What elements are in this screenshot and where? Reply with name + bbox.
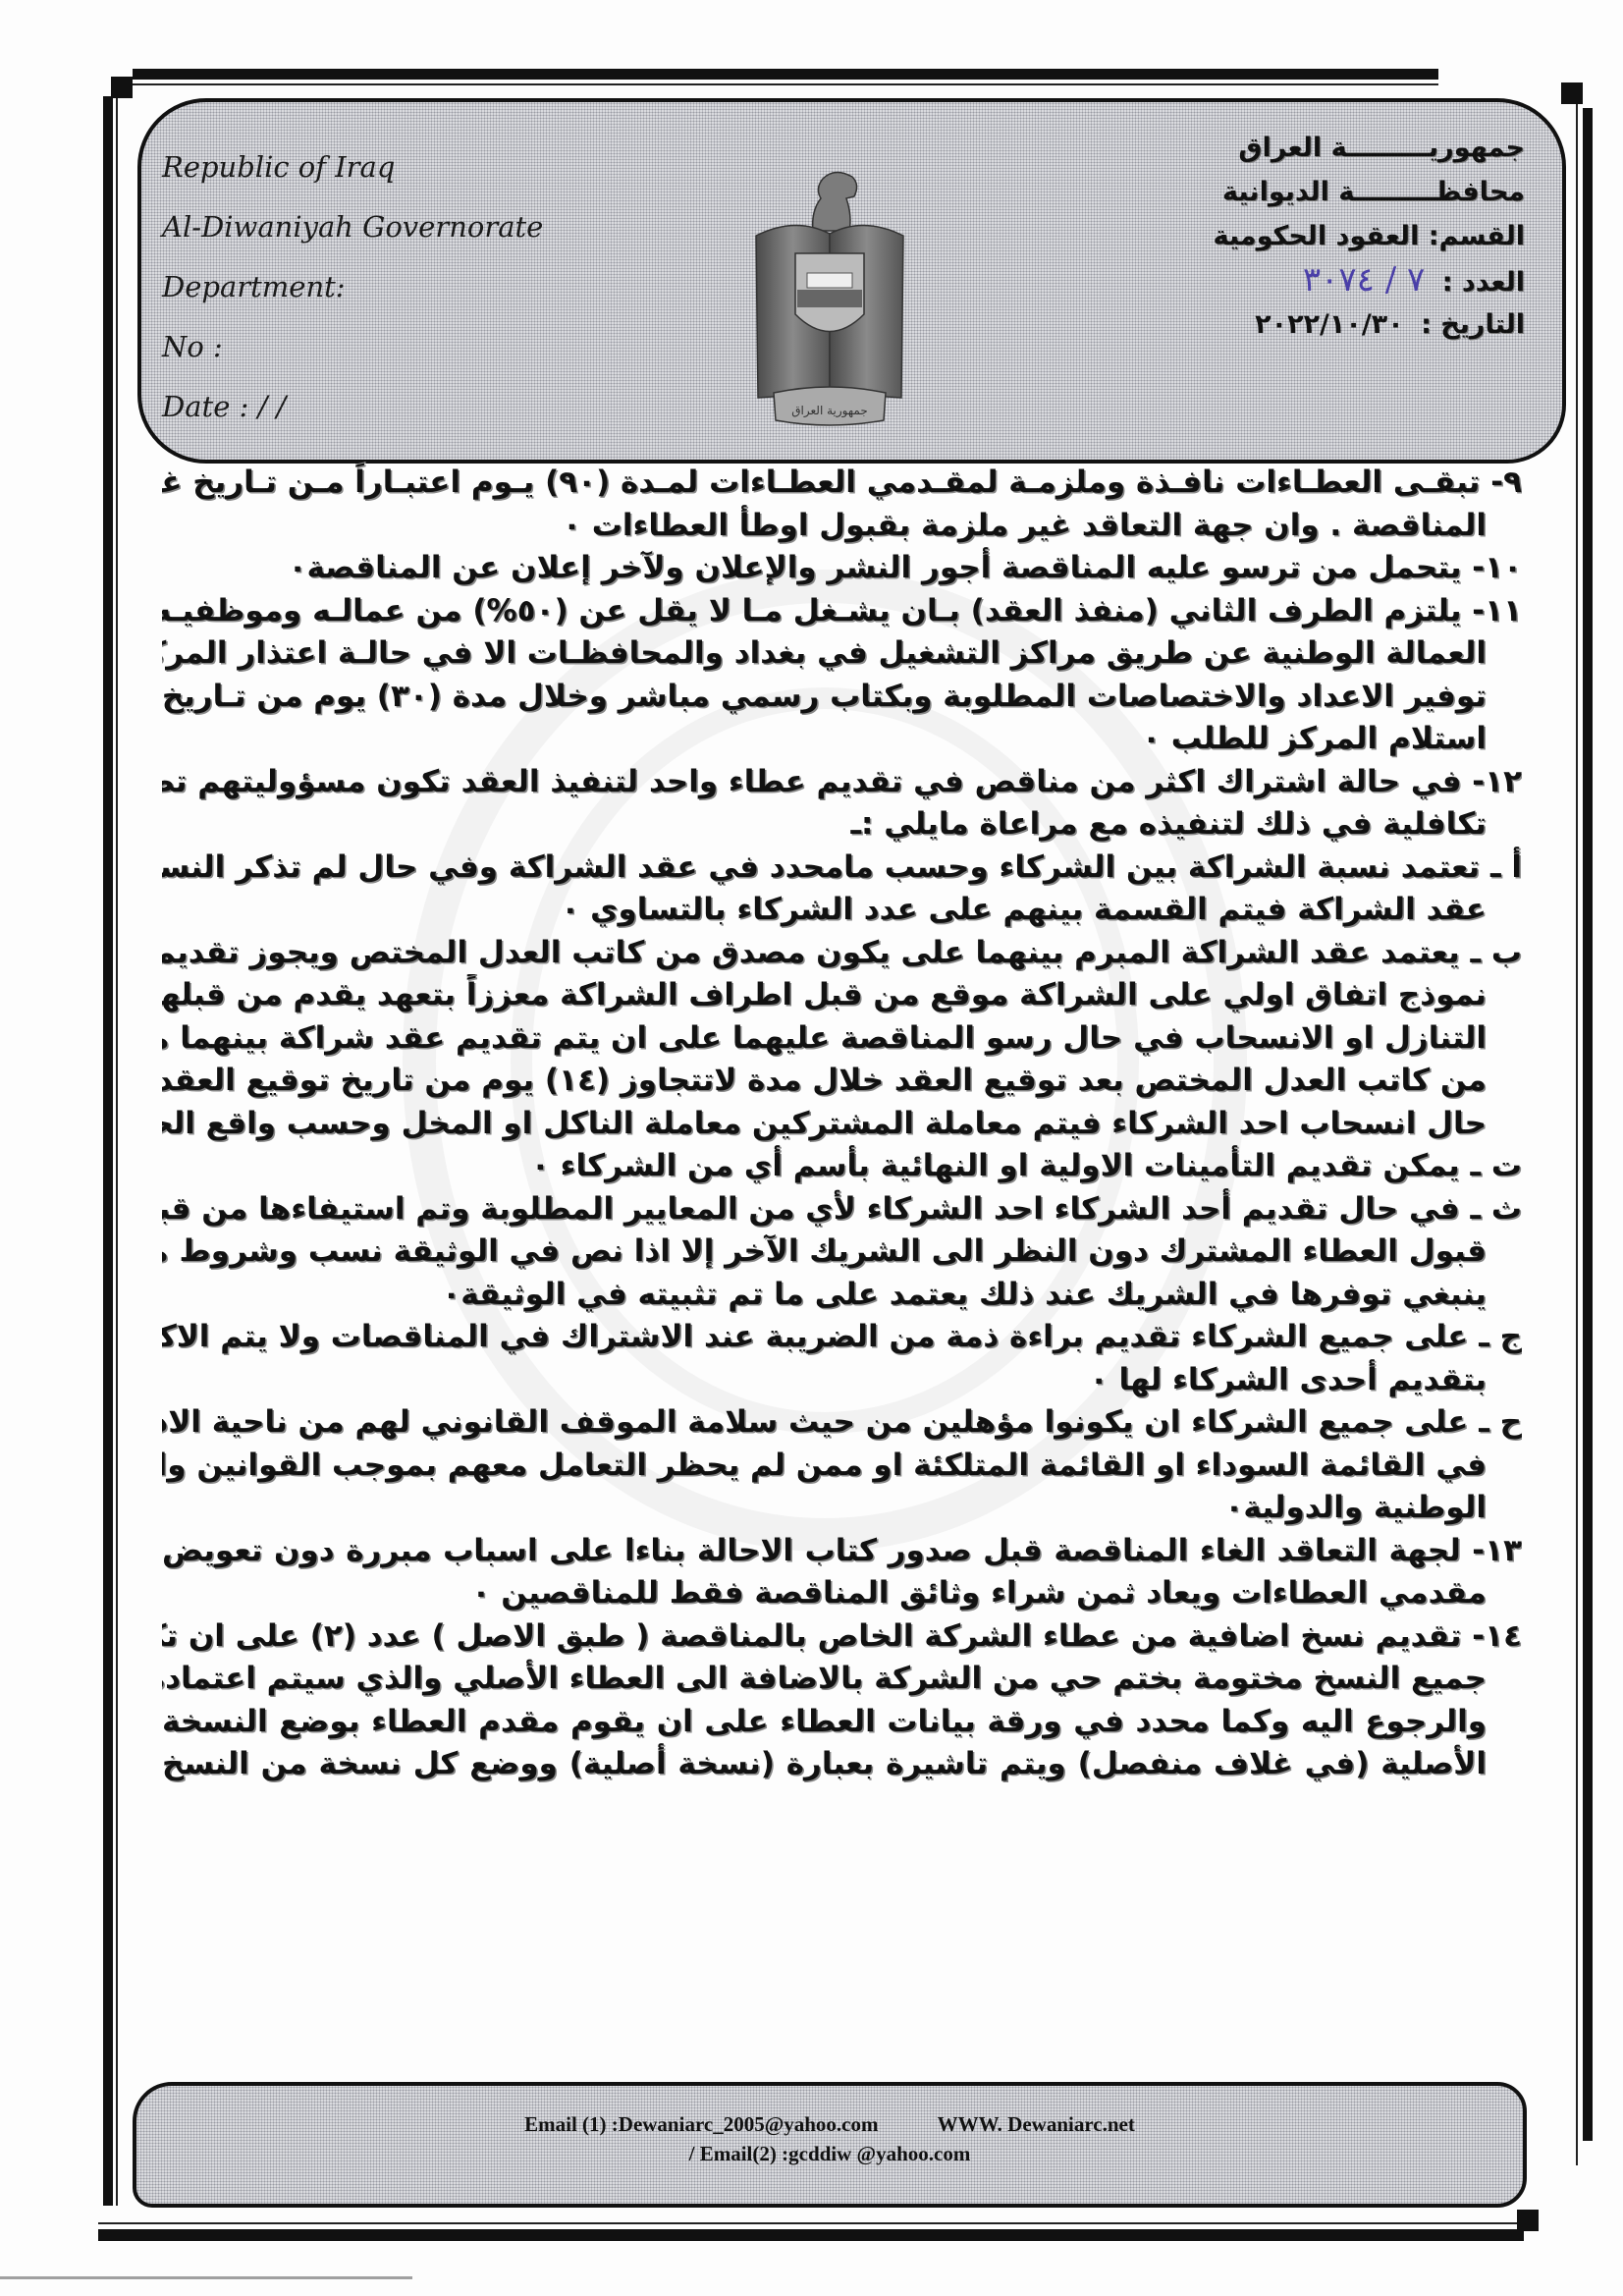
text-line: استلام المركز للطلب ٠: [162, 718, 1522, 761]
english-governorate: Al-Diwaniyah Governorate: [162, 197, 543, 257]
text-line: ٩- تبقـى العطـاءات نافـذة وملزمـة لمقـدم…: [162, 462, 1522, 505]
text-line: الأصلية (في غلاف منفصل) ويتم تاشيرة بعبا…: [162, 1743, 1522, 1786]
arabic-number-label: العدد :: [1442, 267, 1525, 298]
text-line: ث ـ في حال تقديم أحد الشركاء احد الشركاء…: [162, 1188, 1522, 1231]
arabic-date-label: التاريخ :: [1421, 309, 1525, 340]
arabic-date-row: التاريخ : ٢٠٢٢/١٠/٣٠: [1213, 302, 1525, 347]
frame-corner-top-right: [1561, 82, 1583, 104]
text-line: التنازل او الانسحاب في حال رسو المناقصة …: [162, 1017, 1522, 1061]
text-line: المناقصة . وان جهة التعاقد غير ملزمة بقب…: [162, 505, 1522, 548]
clause-12-a: أ ـ تعتمد نسبة الشراكة بين الشركاء وحسب …: [162, 847, 1522, 932]
text-line: ج ـ على جميع الشركاء تقديم براءة ذمة من …: [162, 1316, 1522, 1359]
text-line: ح ـ على جميع الشركاء ان يكونوا مؤهلين من…: [162, 1401, 1522, 1445]
frame-border-left: [103, 96, 113, 2206]
scan-page-edge: [0, 2276, 412, 2279]
frame-border-right-thin: [1576, 93, 1578, 2165]
text-line: من كاتب العدل المختص بعد توقيع العقد خلا…: [162, 1060, 1522, 1103]
iraq-eagle-emblem-icon: جمهورية العراق: [736, 157, 923, 427]
frame-border-top: [133, 69, 1438, 80]
text-line: ١٢- في حالة اشتراك اكثر من مناقص في تقدي…: [162, 761, 1522, 804]
frame-corner-top-left: [111, 77, 133, 98]
frame-border-bottom-thin: [98, 2222, 1524, 2224]
clause-12: ١٢- في حالة اشتراك اكثر من مناقص في تقدي…: [162, 761, 1522, 847]
frame-border-bottom: [98, 2229, 1524, 2241]
footer-website: WWW. Dewaniarc.net: [938, 2112, 1135, 2136]
text-line: مقدمي العطاءات ويعاد ثمن شراء وثائق المن…: [162, 1572, 1522, 1615]
text-line: جميع النسخ مختومة بختم حي من الشركة بالا…: [162, 1658, 1522, 1701]
clause-12-h: ح ـ على جميع الشركاء ان يكونوا مؤهلين من…: [162, 1401, 1522, 1530]
text-line: ب ـ يعتمد عقد الشراكة المبرم بينهما على …: [162, 932, 1522, 975]
frame-border-right: [1583, 108, 1593, 2141]
text-line: في القائمة السوداء او القائمة المتلكئة ا…: [162, 1445, 1522, 1488]
text-line: الوطنية والدولية٠: [162, 1487, 1522, 1530]
arabic-governorate: محافظـــــــــة الديوانية: [1213, 170, 1525, 214]
clause-12-j: ج ـ على جميع الشركاء تقديم براءة ذمة من …: [162, 1316, 1522, 1401]
text-line: حال انسحاب احد الشركاء فيتم معاملة المشت…: [162, 1103, 1522, 1146]
english-country: Republic of Iraq: [162, 137, 543, 197]
clause-11: ١١- يلتزم الطرف الثاني (منفذ العقد) بـان…: [162, 590, 1522, 761]
english-number-label: No :: [162, 317, 543, 377]
document-body: ٩- تبقـى العطـاءات نافـذة وملزمـة لمقـدم…: [162, 462, 1522, 1786]
frame-border-top-thin: [133, 83, 1438, 85]
text-line: بتقديم أحدى الشركاء لها ٠: [162, 1359, 1522, 1402]
clause-12-t: ت ـ يمكن تقديم التأمينات الاولية او النه…: [162, 1145, 1522, 1188]
arabic-date-value: ٢٠٢٢/١٠/٣٠: [1255, 309, 1404, 340]
footer-email-2: / Email(2) :gcddiw @yahoo.com: [689, 2142, 971, 2165]
text-line: ١٤- تقديم نسخ اضافية من عطاء الشركة الخا…: [162, 1615, 1522, 1659]
clause-9: ٩- تبقـى العطـاءات نافـذة وملزمـة لمقـدم…: [162, 462, 1522, 547]
letterhead-arabic: جمهوريـــــــــة العراق محافظـــــــــة …: [1213, 126, 1525, 347]
text-line: العمالة الوطنية عن طريق مراكز التشغيل في…: [162, 632, 1522, 676]
text-line: تكافلية في ذلك لتنفيذه مع مراعاة مايلي :…: [162, 803, 1522, 847]
arabic-department: القسم: العقود الحكومية: [1213, 214, 1525, 258]
text-line: ١٠- يتحمل من ترسو عليه المناقصة أجور الن…: [162, 547, 1522, 590]
arabic-country: جمهوريـــــــــة العراق: [1213, 126, 1525, 170]
english-department-label: Department:: [162, 257, 543, 317]
english-date-label: Date : / /: [162, 377, 543, 437]
frame-corner-bottom-right: [1517, 2210, 1539, 2231]
text-line: توفير الاعداد والاختصاصات المطلوبة وبكتا…: [162, 676, 1522, 719]
text-line: ت ـ يمكن تقديم التأمينات الاولية او النه…: [162, 1145, 1522, 1188]
frame-border-left-thin: [116, 96, 118, 2206]
clause-12-th: ث ـ في حال تقديم أحد الشركاء احد الشركاء…: [162, 1188, 1522, 1317]
text-line: أ ـ تعتمد نسبة الشراكة بين الشركاء وحسب …: [162, 847, 1522, 890]
text-line: ينبغي توفرها في الشريك عند ذلك يعتمد على…: [162, 1274, 1522, 1317]
handwritten-number: ٧ / ٣٠٧٤: [1303, 260, 1425, 300]
clause-14: ١٤- تقديم نسخ اضافية من عطاء الشركة الخا…: [162, 1615, 1522, 1786]
clause-13: ١٣- لجهة التعاقد الغاء المناقصة قبل صدور…: [162, 1530, 1522, 1615]
text-line: قبول العطاء المشترك دون النظر الى الشريك…: [162, 1230, 1522, 1274]
arabic-number-row: العدد : ٧ / ٣٠٧٤: [1213, 258, 1525, 302]
text-line: عقد الشراكة فيتم القسمة بينهم على عدد ال…: [162, 889, 1522, 932]
footer-contact: Email (1) :Dewaniarc_2005@yahoo.com WWW.…: [133, 2109, 1527, 2168]
text-line: ١١- يلتزم الطرف الثاني (منفذ العقد) بـان…: [162, 590, 1522, 633]
text-line: ١٣- لجهة التعاقد الغاء المناقصة قبل صدور…: [162, 1530, 1522, 1573]
text-line: والرجوع اليه وكما محدد في ورقة بيانات ال…: [162, 1701, 1522, 1744]
text-line: نموذج اتفاق اولي على الشراكة موقع من قبل…: [162, 974, 1522, 1017]
svg-text:جمهورية العراق: جمهورية العراق: [791, 404, 868, 418]
letterhead-english: Republic of Iraq Al-Diwaniyah Governorat…: [162, 137, 543, 437]
clause-12-b: ب ـ يعتمد عقد الشراكة المبرم بينهما على …: [162, 932, 1522, 1146]
clause-10: ١٠- يتحمل من ترسو عليه المناقصة أجور الن…: [162, 547, 1522, 590]
footer-email-1: Email (1) :Dewaniarc_2005@yahoo.com: [524, 2112, 878, 2136]
